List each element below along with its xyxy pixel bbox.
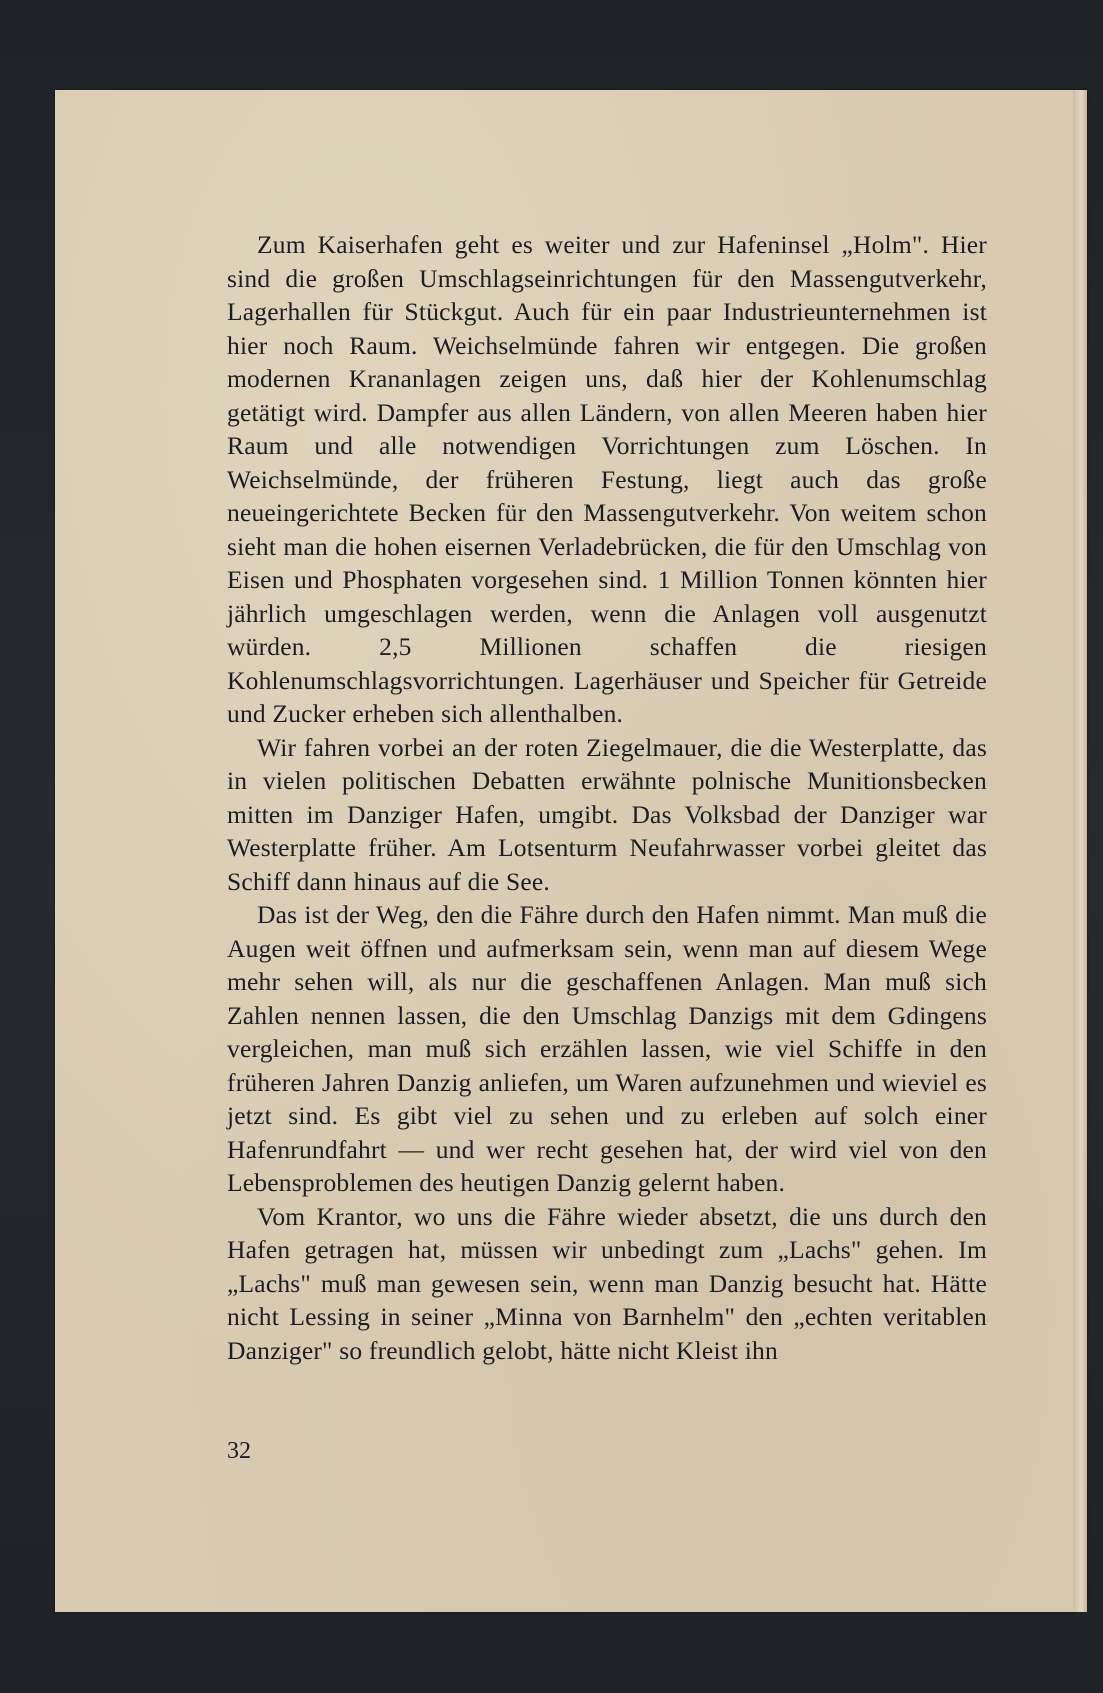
paragraph-ferry-route: Das ist der Weg, den die Fähre durch den…: [227, 898, 987, 1200]
book-page: Zum Kaiserhafen geht es weiter und zur H…: [55, 90, 1087, 1612]
body-text: Zum Kaiserhafen geht es weiter und zur H…: [227, 228, 987, 1367]
page-edge: [1073, 90, 1087, 1612]
page-number: 32: [227, 1438, 251, 1465]
paragraph-harbor-facilities: Zum Kaiserhafen geht es weiter und zur H…: [227, 228, 987, 731]
paragraph-lachs: Vom Krantor, wo uns die Fähre wieder abs…: [227, 1200, 987, 1368]
paragraph-westerplatte: Wir fahren vorbei an der roten Ziegelmau…: [227, 731, 987, 899]
